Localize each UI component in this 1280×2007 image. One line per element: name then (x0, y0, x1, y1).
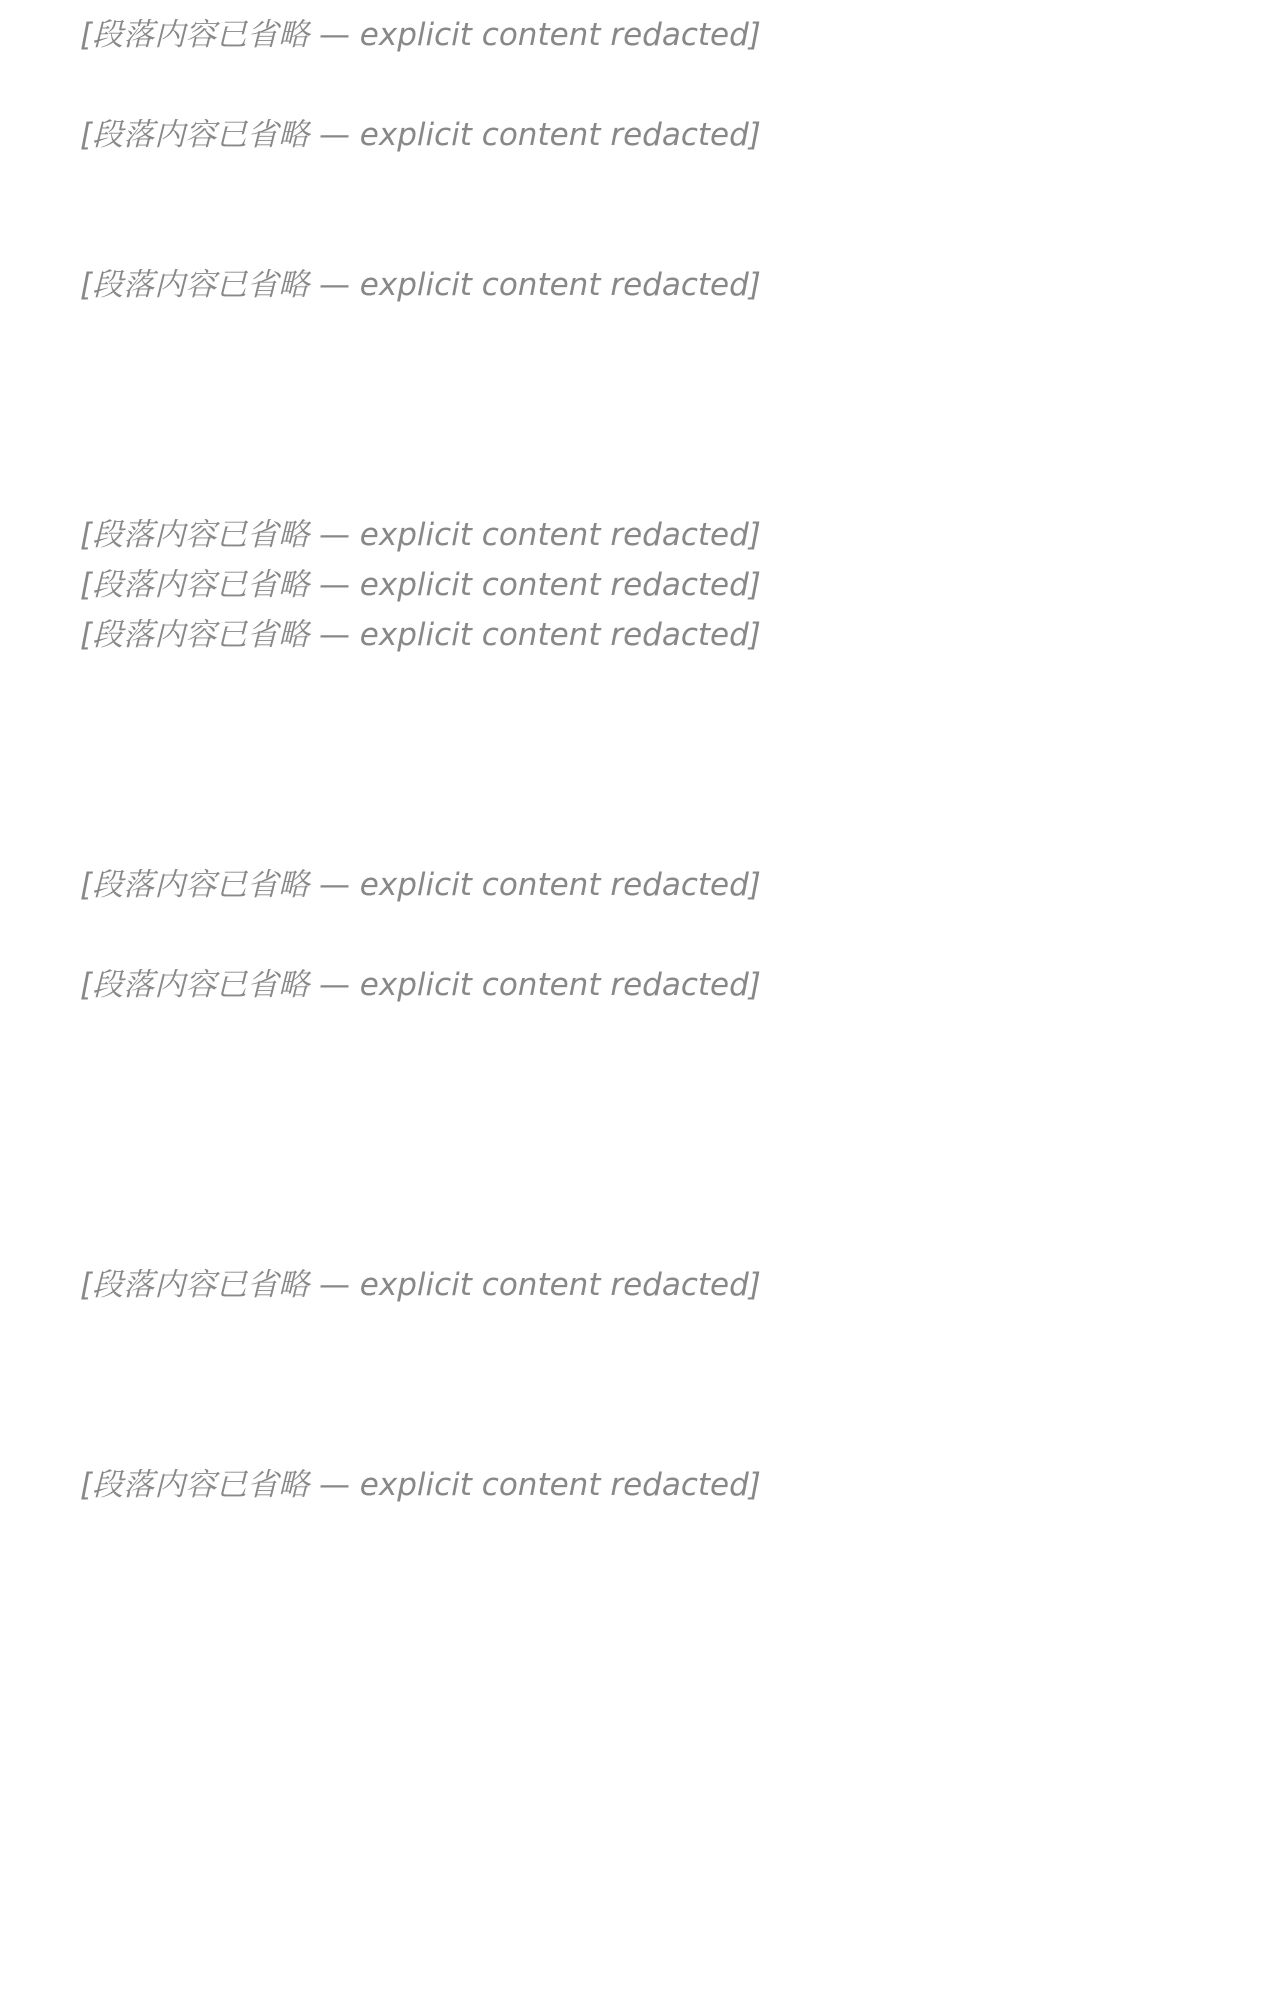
paragraph: [段落内容已省略 — explicit content redacted] (18, 860, 1262, 960)
paragraph: [段落内容已省略 — explicit content redacted] (18, 110, 1262, 260)
document-page: [段落内容已省略 — explicit content redacted][段落… (0, 0, 1280, 2007)
paragraph: [段落内容已省略 — explicit content redacted] (18, 510, 1262, 560)
paragraph: [段落内容已省略 — explicit content redacted] (18, 610, 1262, 860)
paragraph: [段落内容已省略 — explicit content redacted] (18, 1260, 1262, 1460)
paragraph: [段落内容已省略 — explicit content redacted] (18, 960, 1262, 1260)
paragraph: [段落内容已省略 — explicit content redacted] (18, 560, 1262, 610)
paragraph: [段落内容已省略 — explicit content redacted] (18, 260, 1262, 510)
paragraph: [段落内容已省略 — explicit content redacted] (18, 10, 1262, 110)
paragraph: [段落内容已省略 — explicit content redacted] (18, 1460, 1262, 1710)
